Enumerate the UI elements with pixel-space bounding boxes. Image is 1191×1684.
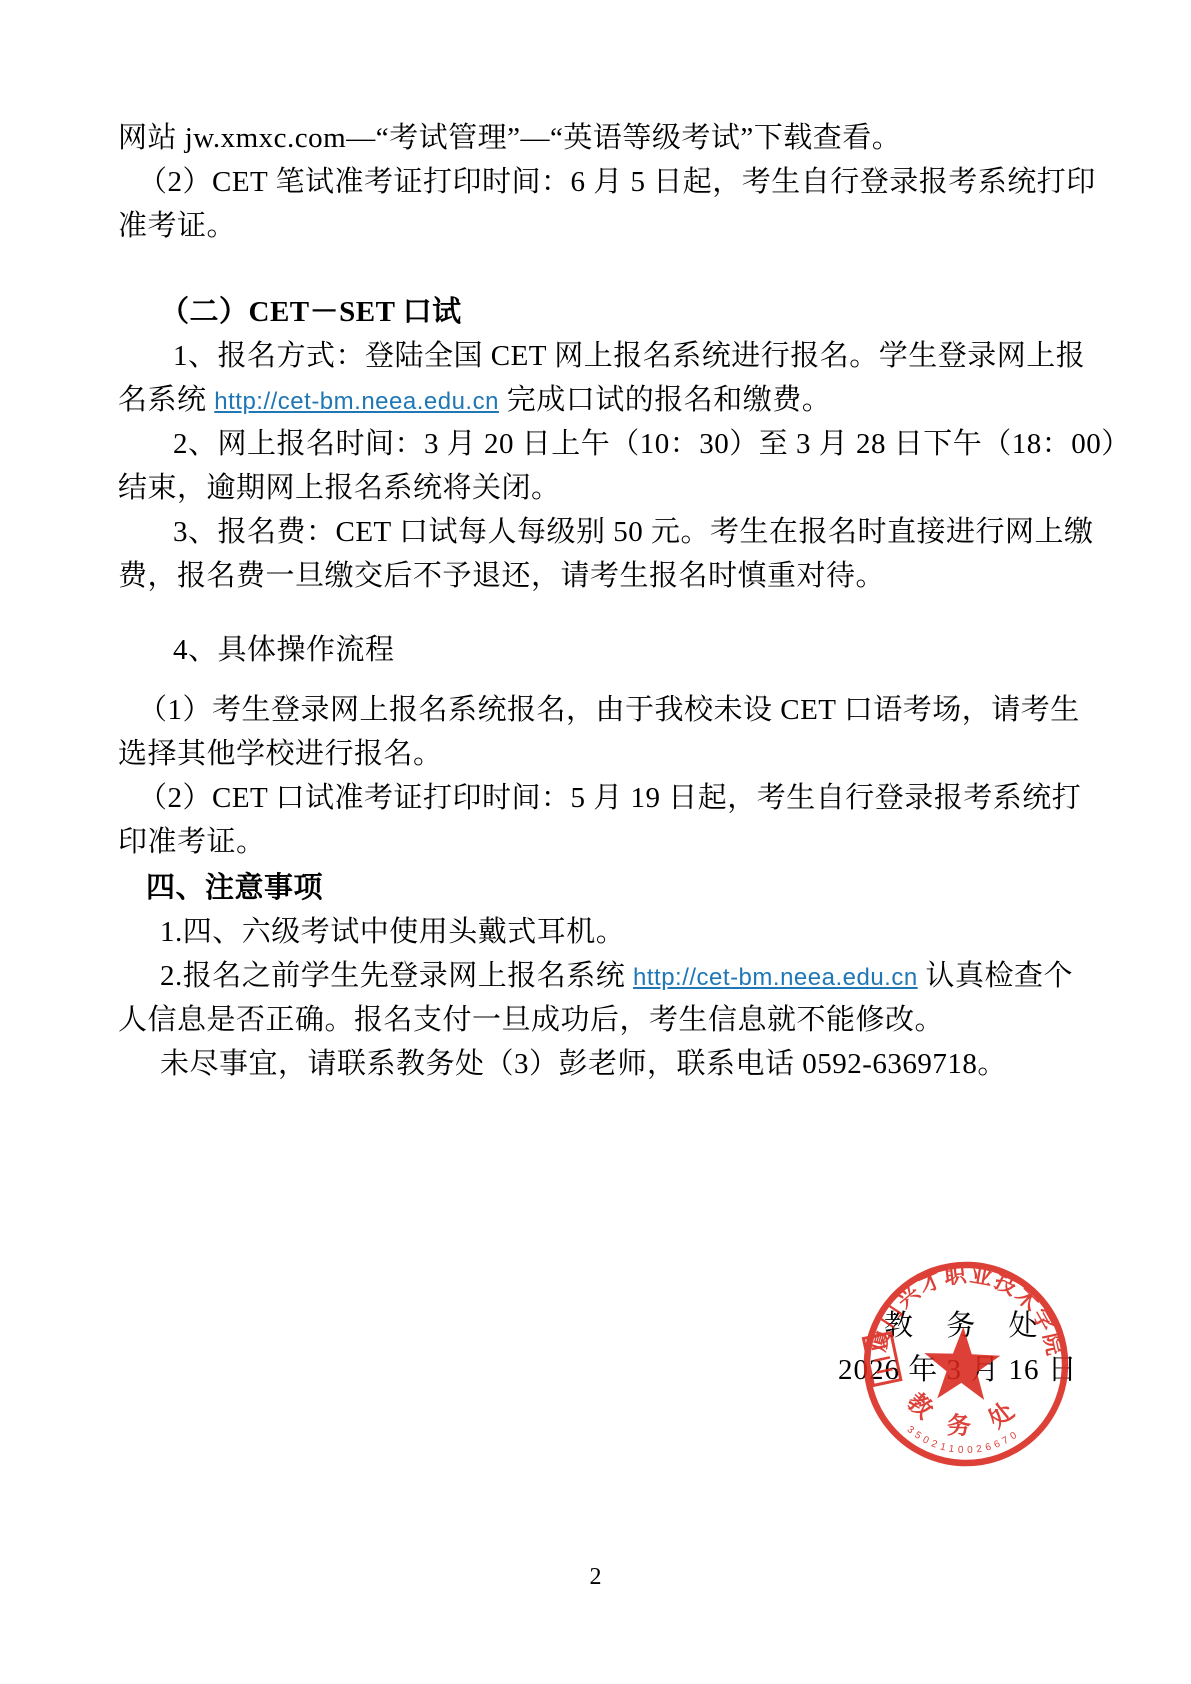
doc-line: 未尽事宜，请联系教务处（3）彭老师，联系电话 0592-6369718。 <box>118 1042 1070 1086</box>
doc-line: 网站 jw.xmxc.com—“考试管理”—“英语等级考试”下载查看。 <box>118 116 1070 160</box>
doc-text: （2）CET 口试准考证打印时间：5 月 19 日起，考生自行登录报考系统打 <box>138 782 1081 814</box>
doc-line: 四、注意事项 <box>118 866 1070 910</box>
doc-line: 印准考证。 <box>118 820 1070 864</box>
doc-line: （1）考生登录网上报名系统报名，由于我校未设 CET 口语考场，请考生 <box>118 688 1070 732</box>
cet-registration-link[interactable]: http://cet-bm.neea.edu.cn <box>633 964 918 991</box>
signature-department: 教 务 处 <box>884 1306 1051 1346</box>
doc-text: 4、具体操作流程 <box>173 634 395 666</box>
doc-text: （二）CET－SET 口试 <box>160 296 462 328</box>
doc-text: 未尽事宜，请联系教务处（3）彭老师，联系电话 0592-6369718。 <box>160 1048 1007 1080</box>
doc-line: （2）CET 笔试准考证打印时间：6 月 5 日起，考生自行登录报考系统打印 <box>118 160 1070 204</box>
doc-text: 1、报名方式：登陆全国 CET 网上报名系统进行报名。学生登录网上报 <box>173 340 1085 372</box>
doc-text: 名系统 <box>118 384 214 416</box>
doc-line: 选择其他学校进行报名。 <box>118 732 1070 776</box>
doc-line: 准考证。 <box>118 204 1070 248</box>
doc-line: 2、网上报名时间：3 月 20 日上午（10：30）至 3 月 28 日下午（1… <box>118 422 1070 466</box>
doc-text: 1.四、六级考试中使用头戴式耳机。 <box>160 916 625 948</box>
doc-text: 认真检查个 <box>918 960 1073 992</box>
doc-line: 名系统 http://cet-bm.neea.edu.cn 完成口试的报名和缴费… <box>118 378 1070 422</box>
doc-line: 3、报名费：CET 口试每人每级别 50 元。考生在报名时直接进行网上缴 <box>118 510 1070 554</box>
doc-line: 1、报名方式：登陆全国 CET 网上报名系统进行报名。学生登录网上报 <box>118 334 1070 378</box>
doc-text: 费，报名费一旦缴交后不予退还，请考生报名时慎重对待。 <box>118 560 885 592</box>
doc-text: 完成口试的报名和缴费。 <box>499 384 831 416</box>
cet-registration-link[interactable]: http://cet-bm.neea.edu.cn <box>214 388 499 415</box>
seal-serial-number: 3502110026670 <box>904 1424 1023 1458</box>
doc-line: 费，报名费一旦缴交后不予退还，请考生报名时慎重对待。 <box>118 554 1070 598</box>
doc-text: 2.报名之前学生先登录网上报名系统 <box>160 960 633 992</box>
doc-line: 人信息是否正确。报名支付一旦成功后，考生信息就不能修改。 <box>118 998 1070 1042</box>
document-page: { "colors": { "link": "#2077b6", "seal_r… <box>0 0 1191 1684</box>
doc-line: 4、具体操作流程 <box>118 628 1070 672</box>
doc-line: （2）CET 口试准考证打印时间：5 月 19 日起，考生自行登录报考系统打 <box>118 776 1070 820</box>
doc-text: 四、注意事项 <box>146 872 323 904</box>
doc-text: 结束，逾期网上报名系统将关闭。 <box>118 472 561 504</box>
doc-text: 印准考证。 <box>118 826 266 858</box>
doc-text: （2）CET 笔试准考证打印时间：6 月 5 日起，考生自行登录报考系统打印 <box>138 166 1096 198</box>
seal-dept-name: 教 务 处 <box>901 1388 1028 1443</box>
document-body: 网站 jw.xmxc.com—“考试管理”—“英语等级考试”下载查看。（2）CE… <box>118 116 1070 1086</box>
doc-text: 选择其他学校进行报名。 <box>118 738 443 770</box>
doc-line: 1.四、六级考试中使用头戴式耳机。 <box>118 910 1070 954</box>
doc-text: 人信息是否正确。报名支付一旦成功后，考生信息就不能修改。 <box>118 1004 944 1036</box>
doc-text: 网站 jw.xmxc.com—“考试管理”—“英语等级考试”下载查看。 <box>118 122 901 154</box>
doc-text: 2、网上报名时间：3 月 20 日上午（10：30）至 3 月 28 日下午（1… <box>173 428 1131 460</box>
doc-text: （1）考生登录网上报名系统报名，由于我校未设 CET 口语考场，请考生 <box>138 694 1080 726</box>
doc-line: 结束，逾期网上报名系统将关闭。 <box>118 466 1070 510</box>
signature-date: 2026 年 3 月 16 日 <box>838 1350 1078 1390</box>
doc-line: （二）CET－SET 口试 <box>118 290 1070 334</box>
doc-text: 3、报名费：CET 口试每人每级别 50 元。考生在报名时直接进行网上缴 <box>173 516 1094 548</box>
doc-line: 2.报名之前学生先登录网上报名系统 http://cet-bm.neea.edu… <box>118 954 1070 998</box>
page-number: 2 <box>0 1562 1191 1592</box>
doc-text: 准考证。 <box>118 210 236 242</box>
